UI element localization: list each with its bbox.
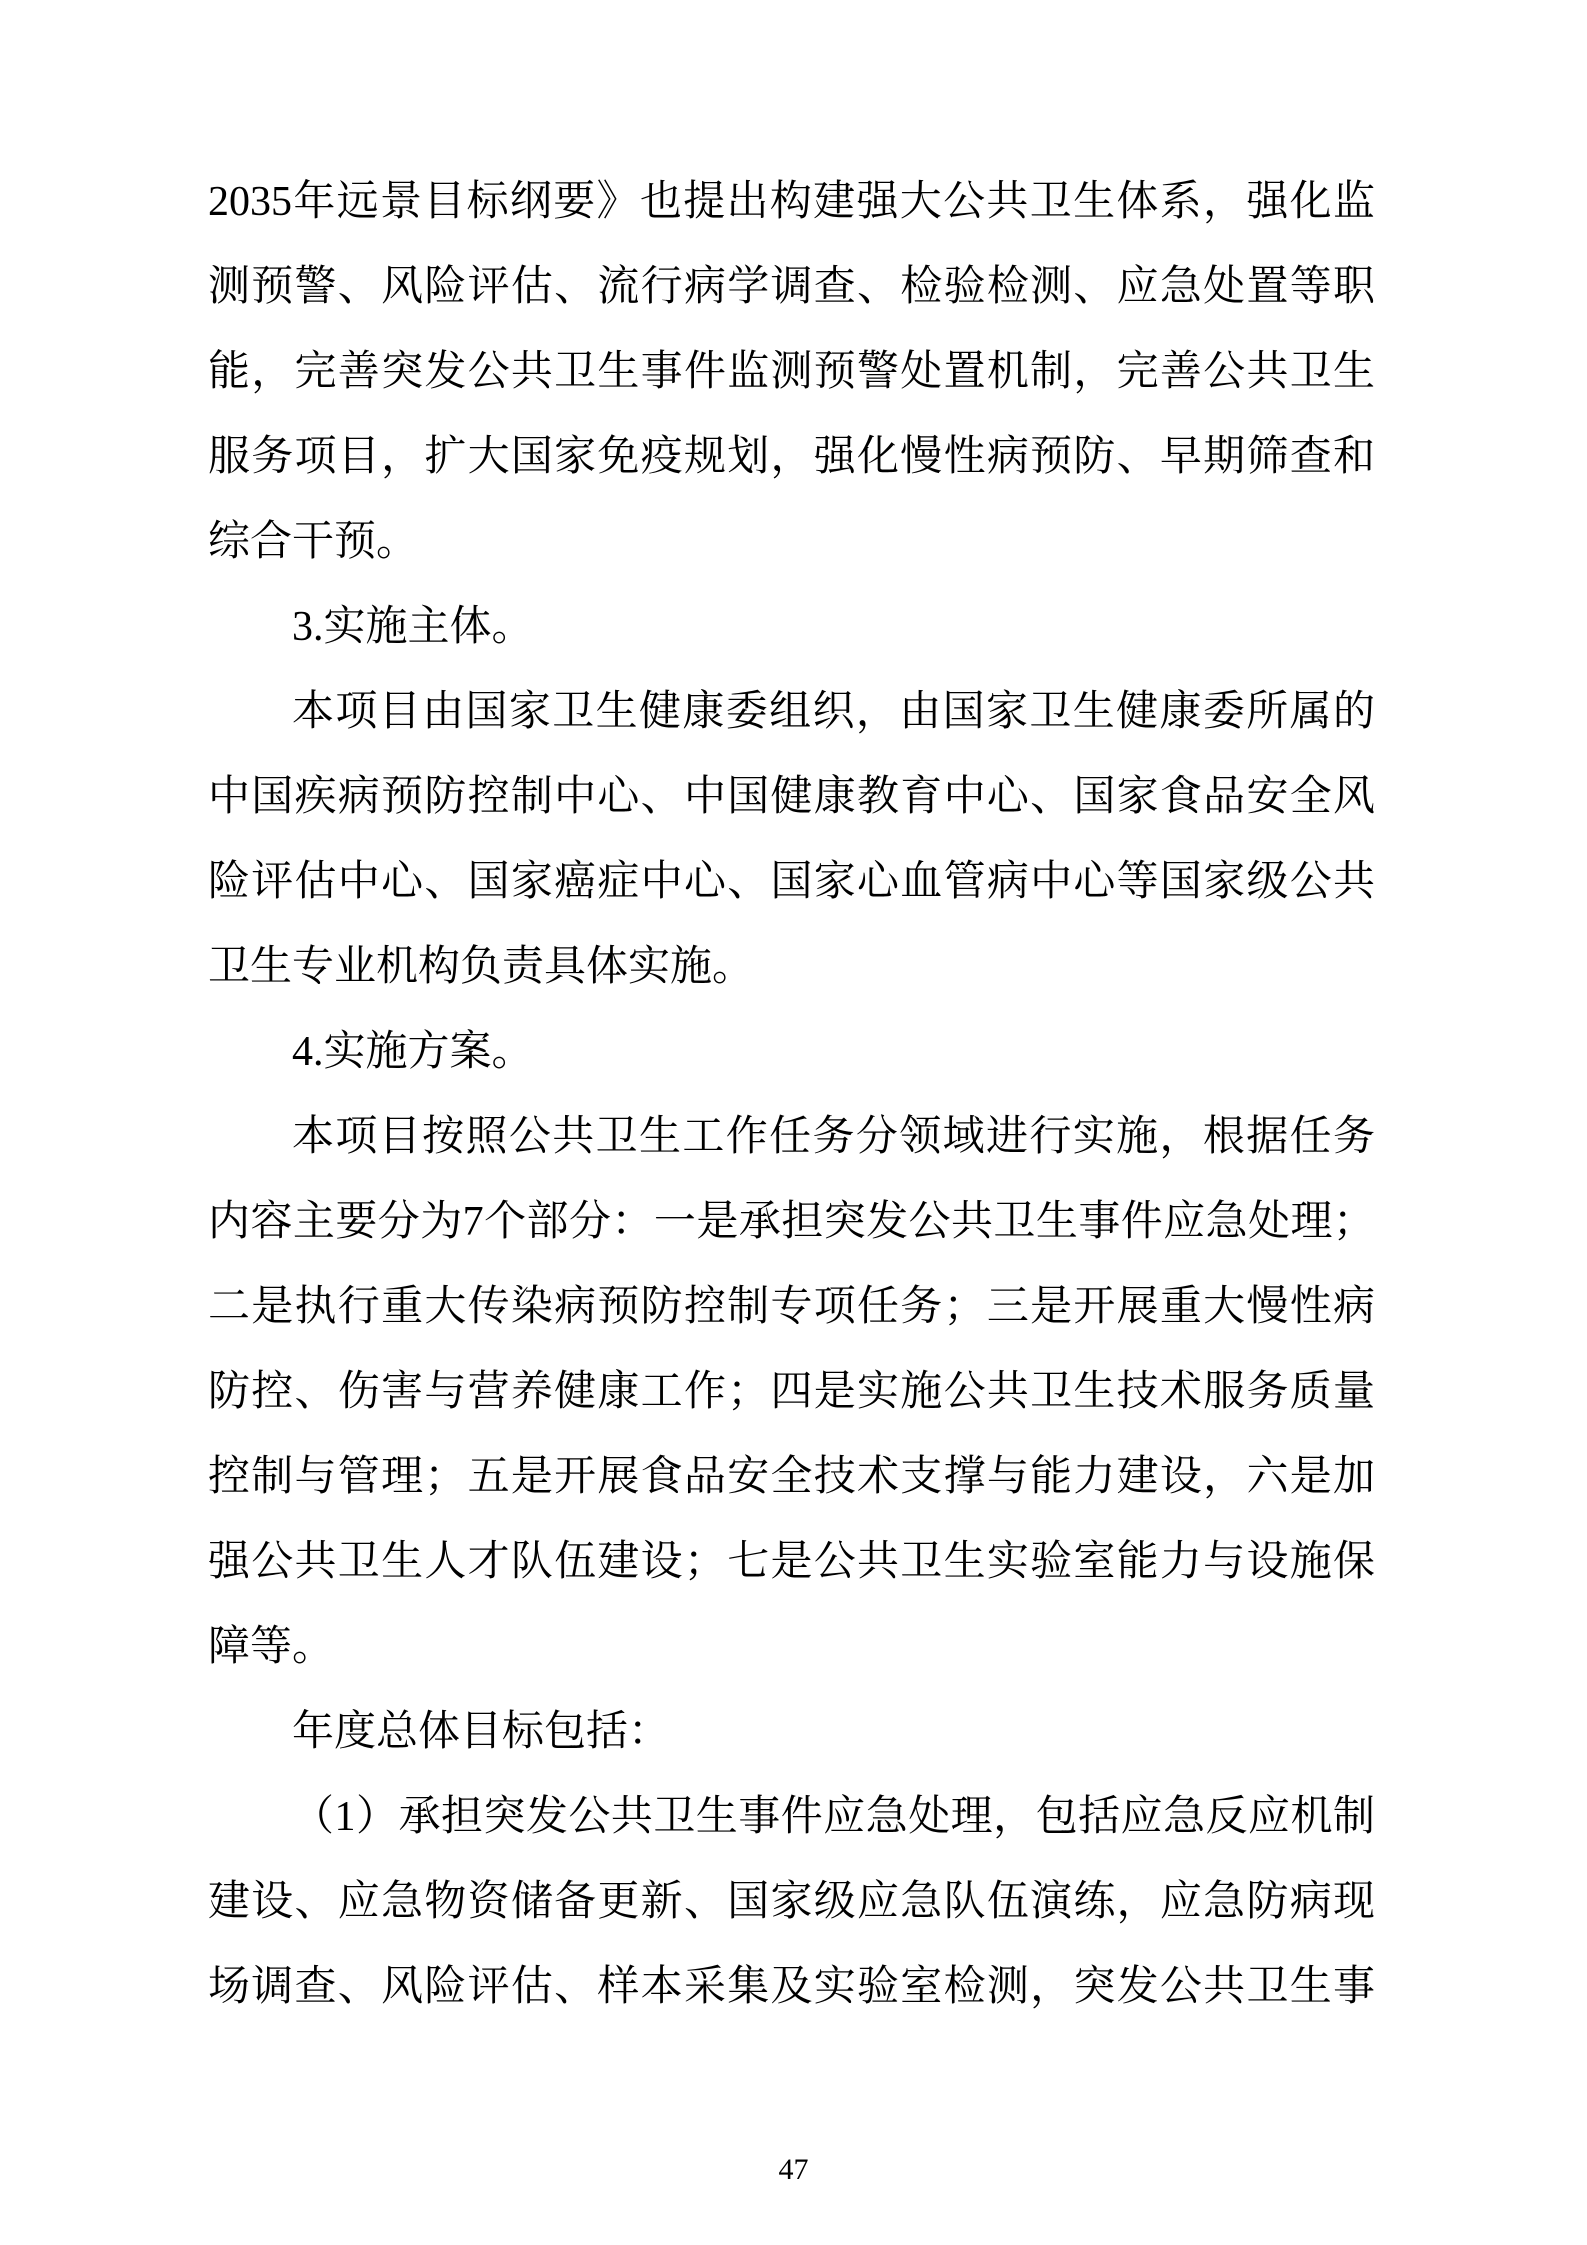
text-line: 强公共卫生人才队伍建设；七是公共卫生实验室能力与设施保 (208, 1520, 1375, 1605)
text-line: 综合干预。 (208, 500, 1375, 585)
text-line: 4.实施方案。 (208, 1010, 1375, 1095)
page-body-text: 2035年远景目标纲要》也提出构建强大公共卫生体系，强化监测预警、风险评估、流行… (208, 160, 1375, 2030)
text-line: （1）承担突发公共卫生事件应急处理，包括应急反应机制 (208, 1775, 1375, 1860)
text-line: 内容主要分为7个部分：一是承担突发公共卫生事件应急处理； (208, 1180, 1375, 1265)
text-line: 能，完善突发公共卫生事件监测预警处置机制，完善公共卫生 (208, 330, 1375, 415)
text-line: 年度总体目标包括： (208, 1690, 1375, 1775)
text-line: 控制与管理；五是开展食品安全技术支撑与能力建设，六是加 (208, 1435, 1375, 1520)
text-line: 建设、应急物资储备更新、国家级应急队伍演练，应急防病现 (208, 1860, 1375, 1945)
text-line: 本项目按照公共卫生工作任务分领域进行实施，根据任务 (208, 1095, 1375, 1180)
text-line: 防控、伤害与营养健康工作；四是实施公共卫生技术服务质量 (208, 1350, 1375, 1435)
text-line: 测预警、风险评估、流行病学调查、检验检测、应急处置等职 (208, 245, 1375, 330)
text-line: 2035年远景目标纲要》也提出构建强大公共卫生体系，强化监 (208, 160, 1375, 245)
text-line: 场调查、风险评估、样本采集及实验室检测，突发公共卫生事 (208, 1945, 1375, 2030)
page-number: 47 (0, 2152, 1587, 2188)
document-page: 2035年远景目标纲要》也提出构建强大公共卫生体系，强化监测预警、风险评估、流行… (0, 0, 1587, 2245)
text-line: 险评估中心、国家癌症中心、国家心血管病中心等国家级公共 (208, 840, 1375, 925)
text-line: 卫生专业机构负责具体实施。 (208, 925, 1375, 1010)
text-line: 中国疾病预防控制中心、中国健康教育中心、国家食品安全风 (208, 755, 1375, 840)
text-line: 二是执行重大传染病预防控制专项任务；三是开展重大慢性病 (208, 1265, 1375, 1350)
text-line: 3.实施主体。 (208, 585, 1375, 670)
text-line: 服务项目，扩大国家免疫规划，强化慢性病预防、早期筛查和 (208, 415, 1375, 500)
text-line: 障等。 (208, 1605, 1375, 1690)
text-line: 本项目由国家卫生健康委组织，由国家卫生健康委所属的 (208, 670, 1375, 755)
